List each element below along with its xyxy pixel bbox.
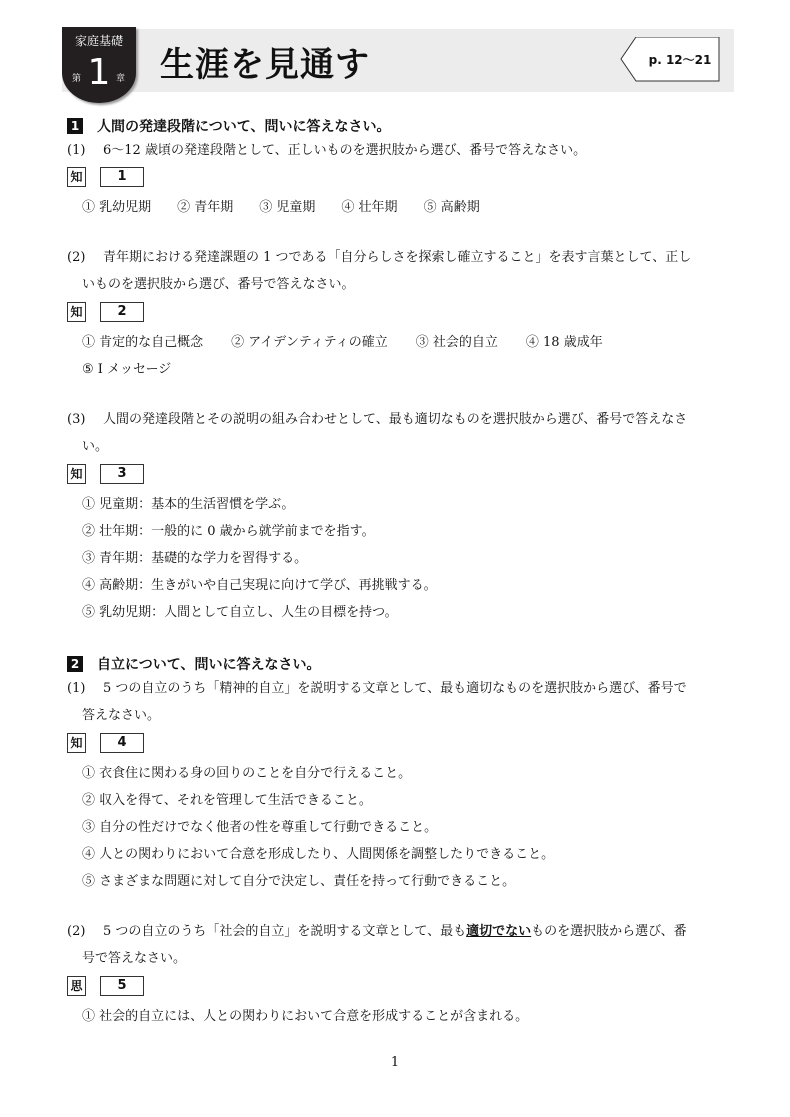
section-heading-text: 自立について、問いに答えなさい。 (97, 654, 320, 674)
answer-box-4[interactable]: 4 (100, 733, 144, 753)
answer-type-badge: 知 (67, 302, 86, 322)
option: ⑤ I メッセージ (82, 358, 171, 377)
option: ① 児童期：基本的生活習慣を学ぶ。 (82, 493, 294, 512)
question-2-2: (2)5 つの自立のうち「社会的自立」を説明する文章として、最も適切でないものを… (67, 924, 687, 940)
answer-type-badge: 思 (67, 976, 86, 996)
option: ② 壮年期：一般的に 0 歳から就学前までを指す。 (82, 520, 375, 539)
option: ④ 壮年期 (341, 196, 397, 215)
answer-row-2: 知 2 (67, 302, 144, 322)
question-2-1: (1)5 つの自立のうち「精神的自立」を説明する文章として、最も適切なものを選択… (67, 681, 687, 697)
page-number: 1 (0, 1055, 790, 1070)
question-1-1: (1)6〜12 歳頃の発達段階として、正しいものを選択肢から選び、番号で答えなさ… (67, 143, 586, 159)
question-1-2-cont: いものを選択肢から選び、番号で答えなさい。 (82, 277, 354, 293)
answer-type-badge: 知 (67, 167, 86, 187)
option: ③ 児童期 (259, 196, 315, 215)
question-1-2: (2)青年期における発達課題の 1 つである「自分らしさを探索し確立すること」を… (67, 250, 691, 266)
answer-type-badge: 知 (67, 464, 86, 484)
option: ⑤ 乳幼児期：人間として自立し、人生の目標を持つ。 (82, 601, 398, 620)
option: ④ 高齢期：生きがいや自己実現に向けて学び、再挑戦する。 (82, 574, 437, 593)
option: ① 肯定的な自己概念 (82, 331, 203, 350)
chapter-title: 生涯を見通す (160, 37, 370, 86)
option: ② 収入を得て、それを管理して生活できること。 (82, 789, 372, 808)
option: ② 青年期 (177, 196, 233, 215)
answer-box-2[interactable]: 2 (100, 302, 144, 322)
option: ⑤ さまざまな問題に対して自分で決定し、責任を持って行動できること。 (82, 870, 515, 889)
chapter-suffix: 章 (116, 71, 125, 84)
subject-label: 家庭基礎 (62, 32, 136, 49)
section-number-badge: 1 (67, 118, 83, 134)
option: ④ 人との関わりにおいて合意を形成したり、人間関係を調整したりできること。 (82, 843, 554, 862)
answer-box-1[interactable]: 1 (100, 167, 144, 187)
option: ③ 社会的自立 (416, 331, 498, 350)
page-reference-text: p. 12〜21 (642, 51, 718, 68)
option: ④ 18 歳成年 (526, 331, 603, 350)
answer-row-3: 知 3 (67, 464, 144, 484)
section-1-heading: 1 人間の発達段階について、問いに答えなさい。 (67, 116, 390, 136)
question-2-1-cont: 答えなさい。 (82, 708, 160, 724)
option: ① 社会的自立には、人との関わりにおいて合意を形成することが含まれる。 (82, 1005, 528, 1024)
question-2-2-cont: 号で答えなさい。 (82, 951, 186, 967)
options-1-2-row1: ① 肯定的な自己概念② アイデンティティの確立③ 社会的自立④ 18 歳成年 (82, 331, 629, 350)
option: ③ 青年期：基礎的な学力を習得する。 (82, 547, 307, 566)
option: ① 乳幼児期 (82, 196, 151, 215)
answer-row-4: 知 4 (67, 733, 144, 753)
option: ② アイデンティティの確立 (231, 331, 388, 350)
options-1-2-row2: ⑤ I メッセージ (82, 358, 197, 377)
answer-row-1: 知 1 (67, 167, 144, 187)
question-1-3-cont: い。 (82, 439, 108, 455)
section-heading-text: 人間の発達段階について、問いに答えなさい。 (97, 116, 390, 136)
chapter-badge: 家庭基礎 第 1 章 (62, 27, 136, 103)
question-1-3: (3)人間の発達段階とその説明の組み合わせとして、最も適切なものを選択肢から選び… (67, 412, 687, 428)
emphasis-not-appropriate: 適切でない (466, 924, 531, 939)
option: ① 衣食住に関わる身の回りのことを自分で行えること。 (82, 762, 411, 781)
options-1-1: ① 乳幼児期② 青年期③ 児童期④ 壮年期⑤ 高齢期 (82, 196, 506, 215)
answer-box-3[interactable]: 3 (100, 464, 144, 484)
answer-box-5[interactable]: 5 (100, 976, 144, 996)
option: ⑤ 高齢期 (424, 196, 480, 215)
page-reference-tag: p. 12〜21 (620, 37, 720, 82)
section-number-badge: 2 (67, 656, 83, 672)
section-2-heading: 2 自立について、問いに答えなさい。 (67, 654, 320, 674)
option: ③ 自分の性だけでなく他者の性を尊重して行動できること。 (82, 816, 437, 835)
answer-row-5: 思 5 (67, 976, 144, 996)
answer-type-badge: 知 (67, 733, 86, 753)
